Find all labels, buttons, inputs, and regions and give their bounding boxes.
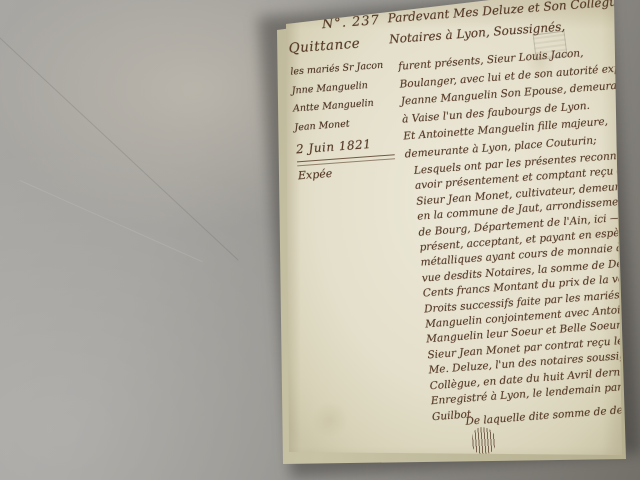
ink-flourish — [470, 426, 497, 456]
photo-background: N°. 237 Pardevant Mes Deluze et Son Coll… — [0, 0, 640, 480]
margin-column: Quittance les mariés Sr JaconJnne Mangue… — [288, 33, 410, 183]
manuscript-content: N°. 237 Pardevant Mes Deluze et Son Coll… — [284, 1, 640, 470]
surface-scratch — [20, 180, 203, 262]
margin-party-list: les mariés Sr JaconJnne ManguelinAntte M… — [290, 55, 407, 137]
parties-paragraph: furent présents, Sieur Louis Jacon,Boula… — [398, 40, 640, 163]
margin-date: 2 Juin 1821 — [296, 134, 409, 156]
pencil-smudge — [533, 31, 568, 61]
document-page: N°. 237 Pardevant Mes Deluze et Son Coll… — [0, 0, 640, 480]
margin-title: Quittance — [288, 33, 401, 57]
body-paragraph: Lesquels ont par les présentes reconnu —… — [413, 145, 640, 425]
